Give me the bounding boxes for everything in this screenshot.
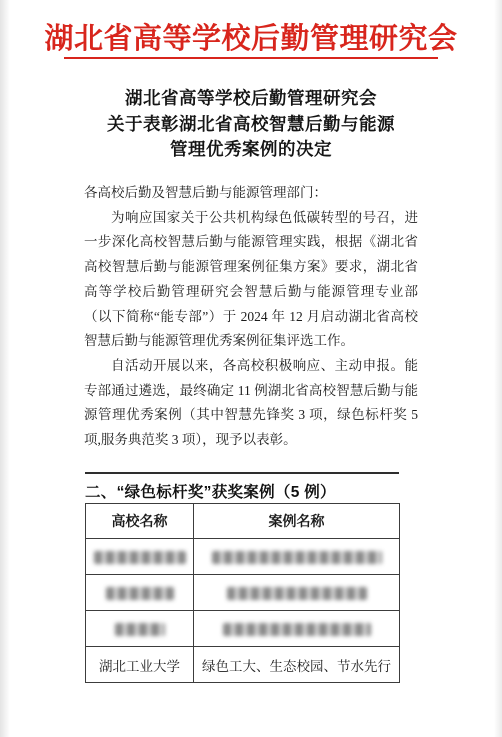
case-cell [194,575,400,611]
redacted-case-text [212,551,382,564]
table-row [86,575,400,611]
school-cell [86,539,194,575]
table-header-row: 高校名称 案例名称 [86,504,400,539]
salutation: 各高校后勤及智慧后勤与能源管理部门： [84,181,418,206]
school-cell [86,575,194,611]
table-row [86,611,400,647]
awards-table: 高校名称 案例名称 [85,503,400,683]
document-title-line-1: 湖北省高等学校后勤管理研究会 [0,86,502,112]
body-paragraph-2: 自活动开展以来，各高校积极响应、主动申报。能专部通过遴选，最终确定 11 例湖北… [84,354,418,453]
document-title: 湖北省高等学校后勤管理研究会 关于表彰湖北省高校智慧后勤与能源 管理优秀案例的决… [0,86,502,163]
document-body: 各高校后勤及智慧后勤与能源管理部门： 为响应国家关于公共机构绿色低碳转型的号召，… [84,181,418,453]
case-cell [194,539,400,575]
redacted-school-text [94,551,186,564]
redacted-case-text [223,623,371,636]
table-row: 湖北工业大学 绿色工大、生态校园、节水先行 [86,647,400,683]
case-cell [194,611,400,647]
letterhead-double-rule [64,57,438,59]
redacted-school-text [106,587,174,600]
table-row [86,539,400,575]
body-paragraph-1: 为响应国家关于公共机构绿色低碳转型的号召，进一步深化高校智慧后勤与能源管理实践，… [84,206,418,354]
case-cell: 绿色工大、生态校园、节水先行 [194,647,400,683]
letterhead-org-name: 湖北省高等学校后勤管理研究会 [0,16,502,57]
school-cell [86,611,194,647]
section-separator-line [85,472,399,474]
table-header-case: 案例名称 [194,504,400,539]
table-header-school: 高校名称 [86,504,194,539]
school-cell: 湖北工业大学 [86,647,194,683]
redacted-case-text [227,587,367,600]
document-title-line-3: 管理优秀案例的决定 [0,137,502,163]
document-title-line-2: 关于表彰湖北省高校智慧后勤与能源 [0,112,502,138]
document-page: 湖北省高等学校后勤管理研究会 湖北省高等学校后勤管理研究会 关于表彰湖北省高校智… [0,0,502,737]
redacted-school-text [115,623,165,636]
section-heading: 二、“绿色标杆奖”获奖案例（5 例） [85,480,336,502]
